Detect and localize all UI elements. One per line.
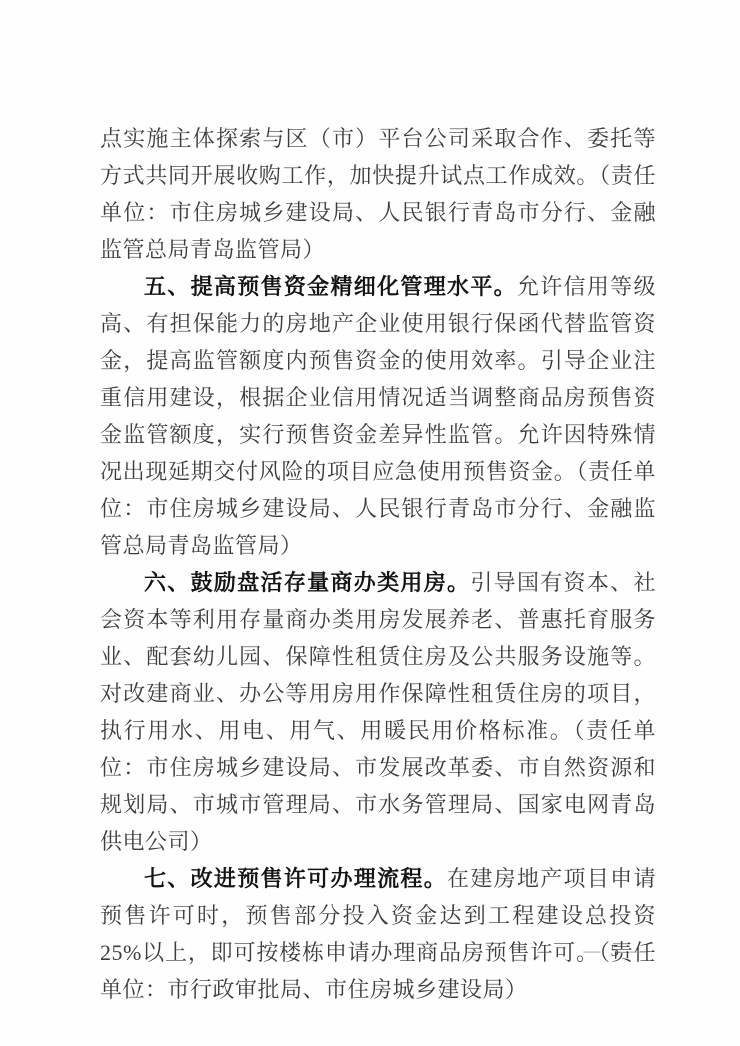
para-continuation-text: 点实施主体探索与区（市）平台公司采取合作、委托等方式共同开展收购工作，加快提升试… (100, 126, 656, 262)
footer-dash-right: — (620, 941, 656, 960)
page-footer: —5— (0, 941, 656, 961)
section-5: 五、提高预售资金精细化管理水平。允许信用等级高、有担保能力的房地产企业使用银行保… (100, 268, 656, 564)
section-5-heading: 五、提高预售资金精细化管理水平。 (144, 274, 517, 299)
section-5-text: 允许信用等级高、有担保能力的房地产企业使用银行保函代替监管资金，提高监管额度内预… (100, 274, 656, 558)
section-6: 六、鼓励盘活存量商办类用房。引导国有资本、社会资本等利用存量商办类用房发展养老、… (100, 564, 656, 860)
section-7: 七、改进预售许可办理流程。在建房地产项目申请预售许可时，预售部分投入资金达到工程… (100, 860, 656, 1008)
page-number: 5 (611, 941, 621, 960)
section-6-heading: 六、鼓励盘活存量商办类用房。 (144, 570, 470, 595)
footer-dash-left: — (575, 941, 611, 960)
document-page: 点实施主体探索与区（市）平台公司采取合作、委托等方式共同开展收购工作，加快提升试… (0, 0, 740, 1046)
section-6-text: 引导国有资本、社会资本等利用存量商办类用房发展养老、普惠托育服务业、配套幼儿园、… (100, 570, 656, 854)
para-continuation: 点实施主体探索与区（市）平台公司采取合作、委托等方式共同开展收购工作，加快提升试… (100, 120, 656, 268)
document-body: 点实施主体探索与区（市）平台公司采取合作、委托等方式共同开展收购工作，加快提升试… (100, 120, 656, 1008)
section-7-heading: 七、改进预售许可办理流程。 (144, 866, 447, 891)
